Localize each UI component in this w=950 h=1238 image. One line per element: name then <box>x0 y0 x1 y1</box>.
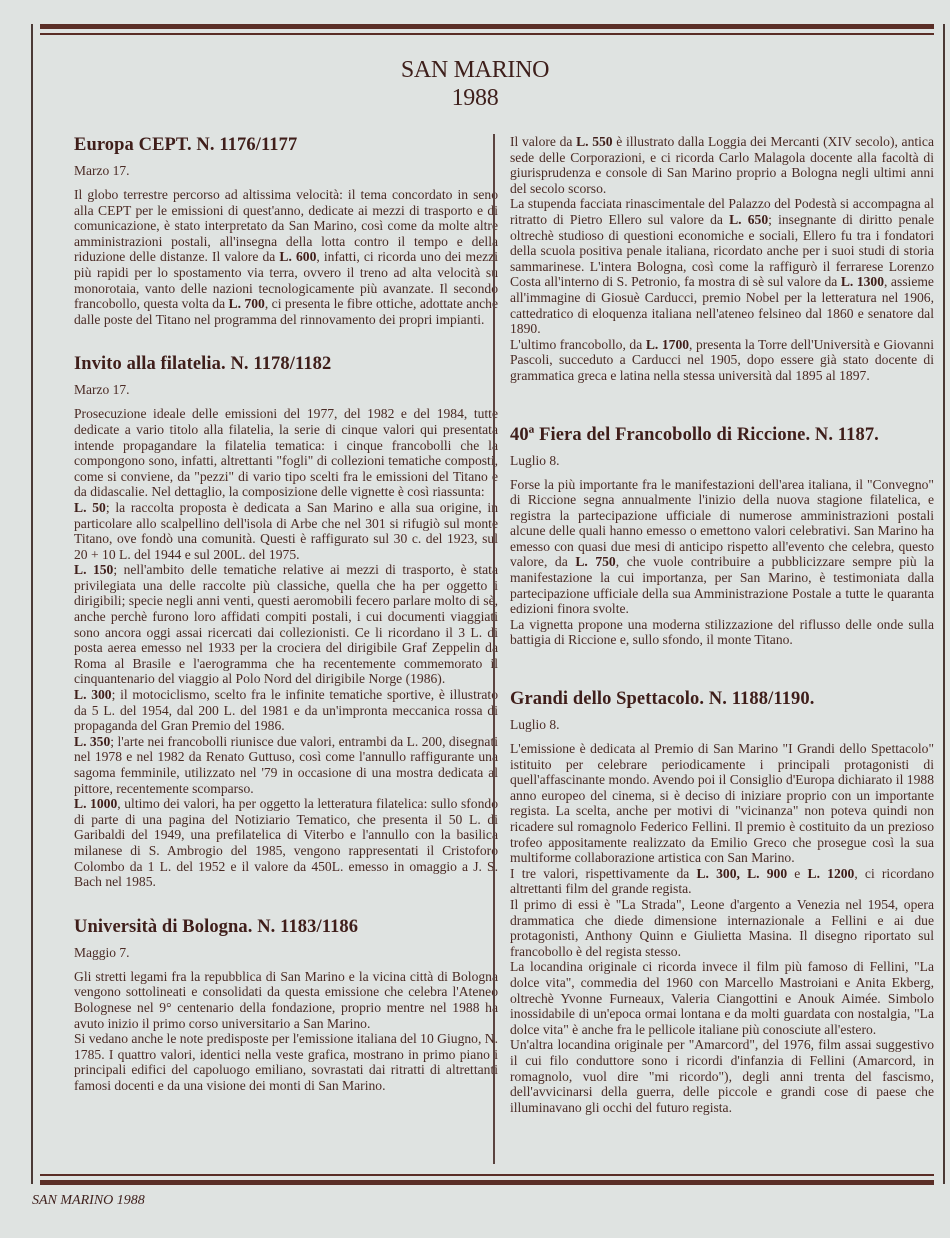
section-universita-bologna-continued: Il valore da L. 550 è illustrato dalla L… <box>510 134 934 384</box>
paragraph: Forse la più importante fra le manifesta… <box>510 477 934 617</box>
stamp-value: L. 1700 <box>646 337 689 352</box>
section-title: 40ª Fiera del Francobollo di Riccione. N… <box>510 424 934 446</box>
section-universita-bologna: Università di Bologna. N. 1183/1186 Magg… <box>74 916 498 1094</box>
section-body: L'emissione è dedicata al Premio di San … <box>510 741 934 1115</box>
stamp-value: L. 150 <box>74 562 113 577</box>
stamp-value: L. 300 <box>74 687 112 702</box>
paragraph: I tre valori, rispettivamente da L. 300,… <box>510 866 934 897</box>
paragraph: Si vedano anche le note predisposte per … <box>74 1031 498 1093</box>
page-frame-left-line <box>31 24 33 1184</box>
paragraph: L'ultimo francobollo, da L. 1700, presen… <box>510 337 934 384</box>
paragraph: L'emissione è dedicata al Premio di San … <box>510 741 934 866</box>
paragraph: Il primo di essi è "La Strada", Leone d'… <box>510 897 934 959</box>
header-rule-thick <box>40 24 934 29</box>
section-title: Invito alla filatelia. N. 1178/1182 <box>74 353 498 375</box>
stamp-value: L. 550 <box>576 134 613 149</box>
section-body: Gli stretti legami fra la repubblica di … <box>74 969 498 1094</box>
section-date: Marzo 17. <box>74 162 498 179</box>
page-title-year: 1988 <box>0 84 950 112</box>
header-rule-thin <box>40 33 934 35</box>
paragraph: L. 50; la raccolta proposta è dedicata a… <box>74 500 498 562</box>
section-date: Luglio 8. <box>510 716 934 733</box>
page-frame-right-line <box>943 24 945 1184</box>
paragraph: L. 150; nell'ambito delle tematiche rela… <box>74 562 498 687</box>
page-title: SAN MARINO 1988 <box>0 56 950 112</box>
section-body: Forse la più importante fra le manifesta… <box>510 477 934 649</box>
paragraph: Il globo terrestre percorso ad altissima… <box>74 187 498 327</box>
stamp-value: L. 1200 <box>808 866 855 881</box>
page-title-country: SAN MARINO <box>0 56 950 84</box>
column-divider <box>493 134 495 1164</box>
paragraph: Il valore da L. 550 è illustrato dalla L… <box>510 134 934 196</box>
paragraph: Gli stretti legami fra la repubblica di … <box>74 969 498 1031</box>
paragraph: L. 1000, ultimo dei valori, ha per ogget… <box>74 796 498 890</box>
stamp-value: L. 750 <box>575 554 615 569</box>
stamp-value: L. 700 <box>229 296 265 311</box>
section-date: Maggio 7. <box>74 944 498 961</box>
left-column: Europa CEPT. N. 1176/1177 Marzo 17. Il g… <box>74 134 498 1108</box>
right-column: Il valore da L. 550 è illustrato dalla L… <box>510 134 934 1129</box>
section-body: Il globo terrestre percorso ad altissima… <box>74 187 498 327</box>
page-footer: SAN MARINO 1988 <box>32 1193 145 1209</box>
stamp-value: L. 1300 <box>841 274 884 289</box>
footer-rule-thin <box>40 1174 934 1176</box>
stamp-value: L. 50 <box>74 500 106 515</box>
paragraph: La locandina originale ci ricorda invece… <box>510 959 934 1037</box>
footer-rule-thick <box>40 1180 934 1185</box>
section-title: Grandi dello Spettacolo. N. 1188/1190. <box>510 688 934 710</box>
stamp-value: L. 650 <box>729 212 768 227</box>
section-fiera-riccione: 40ª Fiera del Francobollo di Riccione. N… <box>510 424 934 649</box>
paragraph: L. 350; l'arte nei francobolli riunisce … <box>74 734 498 796</box>
paragraph: L. 300; il motociclismo, scelto fra le i… <box>74 687 498 734</box>
paragraph: La vignetta propone una moderna stilizza… <box>510 617 934 648</box>
stamp-value: L. 600 <box>279 249 316 264</box>
stamp-value: L. 1000 <box>74 796 117 811</box>
section-date: Marzo 17. <box>74 381 498 398</box>
stamp-value: L. 350 <box>74 734 110 749</box>
section-title: Università di Bologna. N. 1183/1186 <box>74 916 498 938</box>
paragraph: La stupenda facciata rinascimentale del … <box>510 196 934 336</box>
section-grandi-spettacolo: Grandi dello Spettacolo. N. 1188/1190. L… <box>510 688 934 1115</box>
section-date: Luglio 8. <box>510 452 934 469</box>
section-body: Il valore da L. 550 è illustrato dalla L… <box>510 134 934 384</box>
paragraph: Prosecuzione ideale delle emissioni del … <box>74 406 498 500</box>
section-body: Prosecuzione ideale delle emissioni del … <box>74 406 498 889</box>
paragraph: Un'altra locandina originale per "Amarco… <box>510 1037 934 1115</box>
section-title: Europa CEPT. N. 1176/1177 <box>74 134 498 156</box>
stamp-value: L. 300, L. 900 <box>696 866 787 881</box>
section-europa-cept: Europa CEPT. N. 1176/1177 Marzo 17. Il g… <box>74 134 498 327</box>
section-invito-filatelia: Invito alla filatelia. N. 1178/1182 Marz… <box>74 353 498 889</box>
